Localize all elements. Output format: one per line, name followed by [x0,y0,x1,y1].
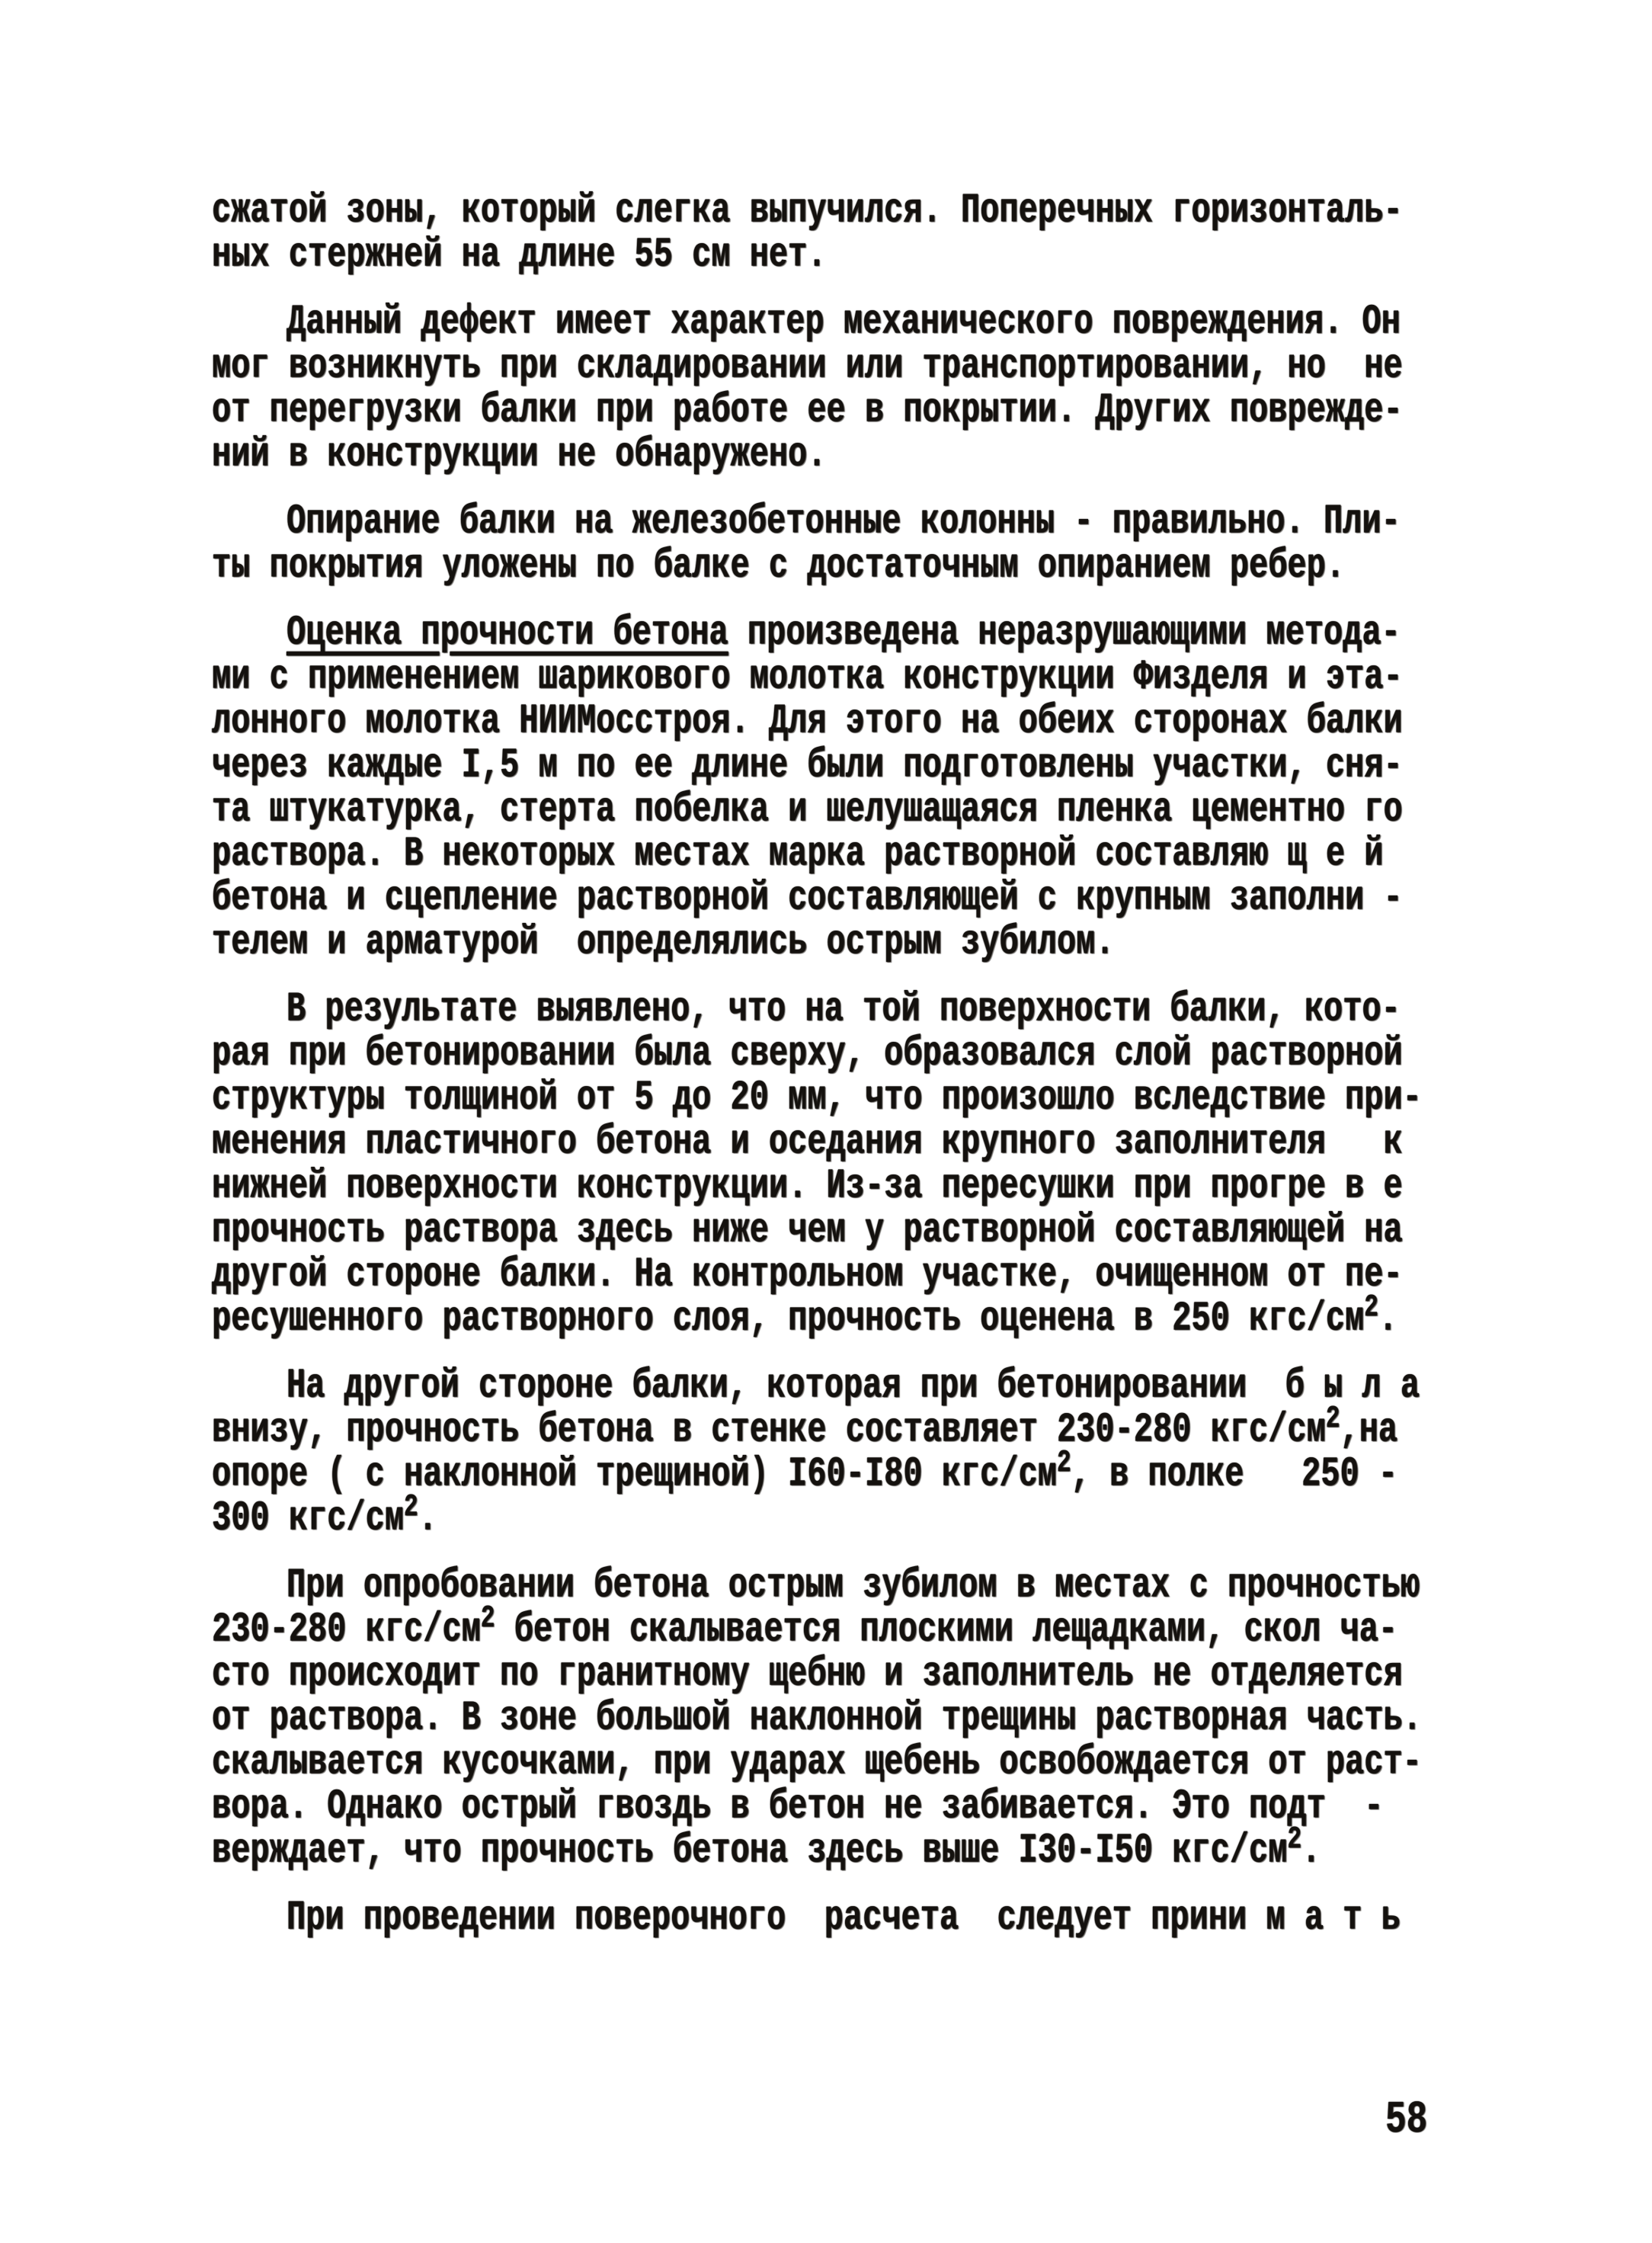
document-text: сжатой зоны, который слегка выпучился. П… [212,189,1468,1940]
text-line: ресушенного растворного слоя, прочность … [212,1297,1468,1341]
text-line: При проведении поверочного расчета следу… [212,1896,1468,1940]
document-page: сжатой зоны, который слегка выпучился. П… [0,0,1652,2243]
text-line: ний в конструкции не обнаружено. [212,433,1468,477]
paragraph-6: На другой стороне балки, которая при бет… [212,1364,1468,1541]
text-line-content: ных стержней на длине 55 см нет. [212,226,827,283]
text-line: верждает, что прочность бетона здесь выш… [212,1829,1468,1873]
text-line-content: ты покрытия уложены по балке с достаточн… [212,537,1345,594]
paragraph-7: При опробовании бетона острым зубилом в … [212,1564,1468,1873]
superscript-2: 2 [1287,1823,1301,1858]
page-number: 58 [1385,2100,1427,2140]
text-line-content: При проведении поверочного расчета следу… [287,1889,1401,1946]
text-line: ты покрытия уложены по балке с достаточн… [212,544,1468,588]
text-line-content: ресушенного растворного слоя, прочность … [212,1290,1397,1347]
superscript-2: 2 [1326,1402,1340,1437]
text-line: 300 кгс/см2. [212,1497,1468,1541]
paragraph-8: При проведении поверочного расчета следу… [212,1896,1468,1940]
paragraph-1: сжатой зоны, который слегка выпучился. П… [212,189,1468,277]
page-number-value: 58 [1385,2094,1427,2145]
text-line-content: верждает, что прочность бетона здесь выш… [212,1822,1321,1879]
text-line: телем и арматурой определялись острым зу… [212,921,1468,965]
text-line: ных стержней на длине 55 см нет. [212,233,1468,277]
paragraph-2: Данный дефект имеет характер механическо… [212,300,1468,477]
paragraph-3: Опирание балки на железобетонные колонны… [212,500,1468,588]
paragraph-5: В результате выявлено, что на той поверх… [212,988,1468,1341]
superscript-2: 2 [404,1491,418,1526]
text-line-content: 300 кгс/см2. [212,1489,437,1546]
superscript-2: 2 [1057,1447,1071,1482]
superscript-2: 2 [1364,1291,1378,1326]
superscript-2: 2 [481,1602,495,1637]
paragraph-4: Оценка прочности бетона произведена нера… [212,611,1468,965]
text-line-content: телем и арматурой определялись острым зу… [212,913,1115,970]
text-line-content: ний в конструкции не обнаружено. [212,425,827,482]
